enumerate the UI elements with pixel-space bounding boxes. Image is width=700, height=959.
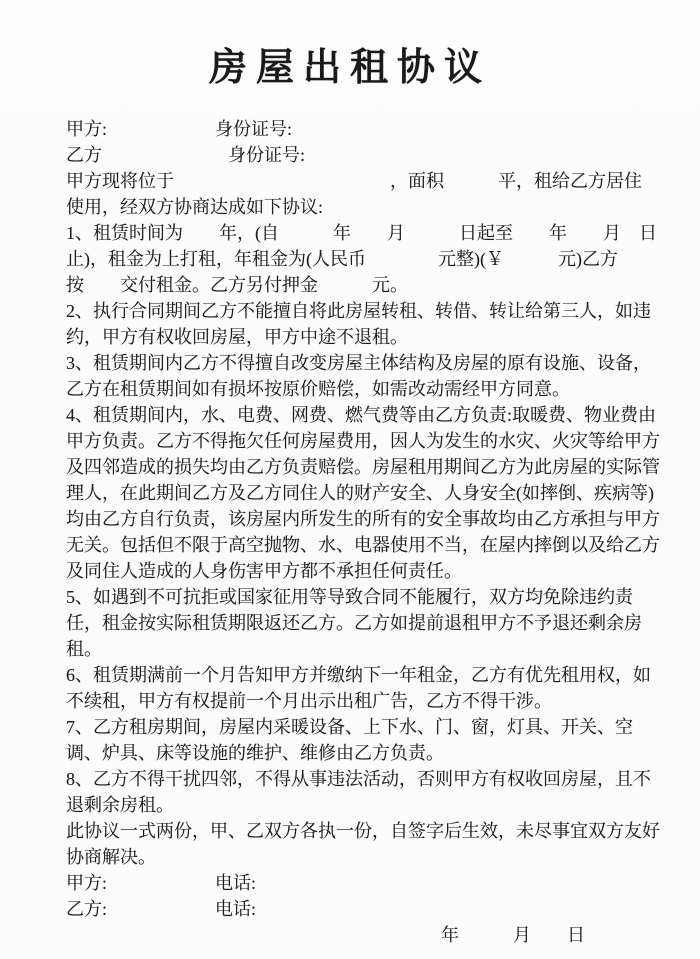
closing-line-2: 协商解决。	[66, 844, 662, 870]
clause-4-line-4: 理人，在此期间乙方及乙方同住人的财产安全、人身安全(如摔倒、疾病等)	[66, 480, 662, 506]
signature-party-a-line: 甲方: 电话:	[66, 870, 662, 896]
clause-1-line-2: 止)，租金为上打租，年租金为(人民币 元整)(￥ 元)乙方	[66, 246, 662, 272]
premises-line-1: 甲方现将位于 ，面积 平，租给乙方居住	[66, 168, 662, 194]
party-b-id-line: 乙方 身份证号:	[66, 142, 662, 168]
clause-4-line-2: 甲方负责。乙方不得拖欠任何房屋费用，因人为发生的水灾、火灾等给甲方	[66, 428, 662, 454]
clause-2-line-2: 约，甲方有权收回房屋，甲方中途不退租。	[66, 324, 662, 350]
clause-6-line-2: 不续租，甲方有权提前一个月出示出租广告，乙方不得干涉。	[66, 688, 662, 714]
signature-date-line: 年 月 日	[66, 922, 662, 948]
clause-1-line-3: 按 交付租金。乙方另付押金 元。	[66, 272, 662, 298]
clause-5-line-1: 5、如遇到不可抗拒或国家征用等导致合同不能履行，双方均免除违约责	[66, 584, 662, 610]
clause-1-line-1: 1、租赁时间为 年，(自 年 月 日起至 年 月 日	[66, 220, 662, 246]
clause-7-line-2: 调、炉具、床等设施的维护、维修由乙方负责。	[66, 740, 662, 766]
scanned-document-background: { "colors": { "paper": "#fdfdfd", "ink":…	[0, 0, 700, 959]
clause-2-line-1: 2、执行合同期间乙方不能擅自将此房屋转租、转借、转让给第三人，如违	[66, 298, 662, 324]
document-page: 房屋出租协议 甲方: 身份证号: 乙方 身份证号: 甲方现将位于 ，面积 平，租…	[0, 0, 700, 959]
clause-3-line-1: 3、租赁期间内乙方不得擅自改变房屋主体结构及房屋的原有设施、设备，	[66, 350, 662, 376]
clause-4-line-3: 及四邻造成的损失均由乙方负责赔偿。房屋租用期间乙方为此房屋的实际管	[66, 454, 662, 480]
closing-line-1: 此协议一式两份，甲、乙双方各执一份，自签字后生效，未尽事宜双方友好	[66, 818, 662, 844]
clause-3-line-2: 乙方在租赁期间如有损坏按原价赔偿，如需改动需经甲方同意。	[66, 376, 662, 402]
document-body: 甲方: 身份证号: 乙方 身份证号: 甲方现将位于 ，面积 平，租给乙方居住 使…	[66, 116, 662, 948]
clause-7-line-1: 7、乙方租房期间，房屋内采暖设备、上下水、门、窗，灯具、开关、空	[66, 714, 662, 740]
signature-party-b-line: 乙方: 电话:	[66, 896, 662, 922]
party-a-id-line: 甲方: 身份证号:	[66, 116, 662, 142]
premises-line-2: 使用，经双方协商达成如下协议:	[66, 194, 662, 220]
document-title: 房屋出租协议	[0, 0, 700, 94]
clause-8-line-2: 退剩余房租。	[66, 792, 662, 818]
clause-4-line-1: 4、租赁期间内，水、电费、网费、燃气费等由乙方负责:取暖费、物业费由	[66, 402, 662, 428]
clause-4-line-6: 无关。包括但不限于高空抛物、水、电器使用不当，在屋内摔倒以及给乙方	[66, 532, 662, 558]
clause-5-line-3: 租。	[66, 636, 662, 662]
clause-4-line-7: 及同住人造成的人身伤害甲方都不承担任何责任。	[66, 558, 662, 584]
clause-5-line-2: 任，租金按实际租赁期限返还乙方。乙方如提前退租甲方不予退还剩余房	[66, 610, 662, 636]
clause-6-line-1: 6、租赁期满前一个月告知甲方并缴纳下一年租金，乙方有优先租用权，如	[66, 662, 662, 688]
clause-8-line-1: 8、乙方不得干扰四邻，不得从事违法活动，否则甲方有权收回房屋，且不	[66, 766, 662, 792]
clause-4-line-5: 均由乙方自行负责，该房屋内所发生的所有的安全事故均由乙方承担与甲方	[66, 506, 662, 532]
